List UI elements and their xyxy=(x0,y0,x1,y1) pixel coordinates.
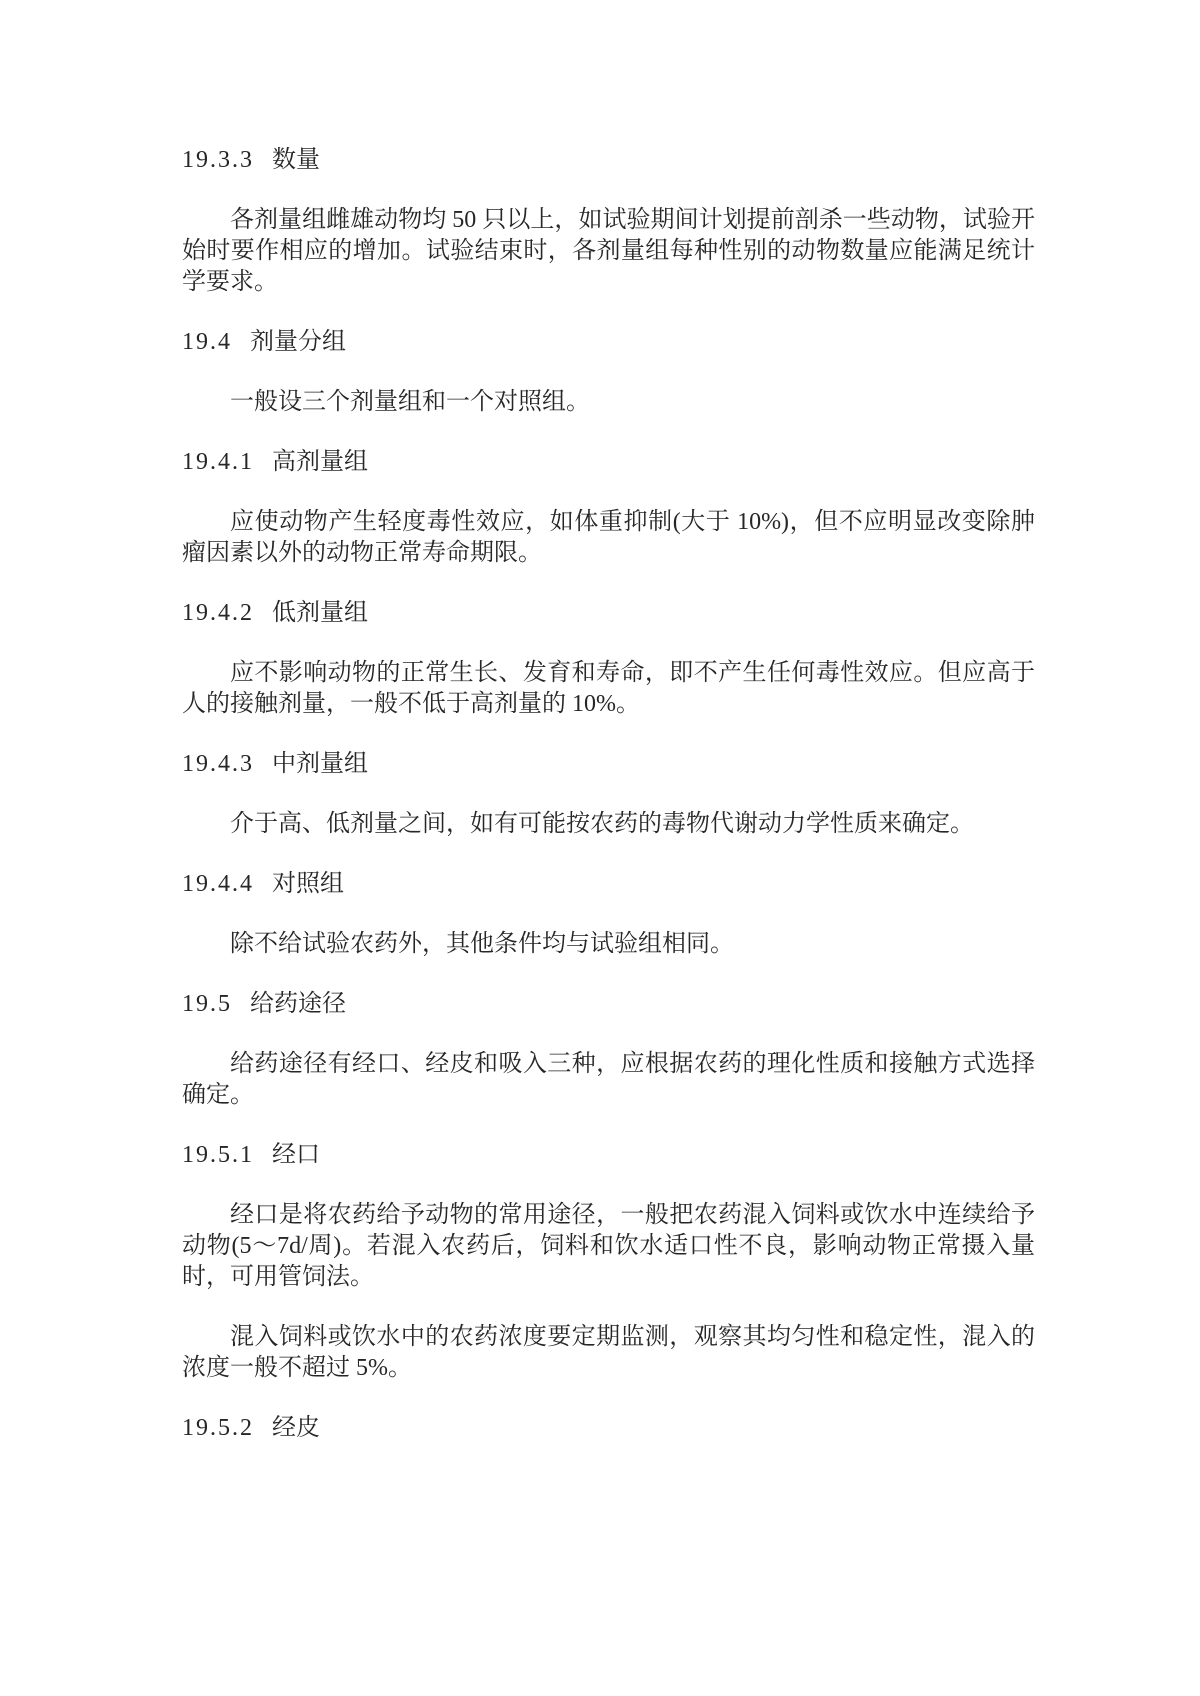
heading-19-5-1: 19.5.1经口 xyxy=(182,1140,1035,1171)
section-number: 19.3.3 xyxy=(182,147,254,173)
section-number: 19.4.2 xyxy=(182,600,254,626)
paragraph: 介于高、低剂量之间，如有可能按农药的毒物代谢动力学性质来确定。 xyxy=(182,809,1035,840)
heading-19-4-3: 19.4.3中剂量组 xyxy=(182,749,1035,780)
section-number: 19.5.1 xyxy=(182,1142,254,1168)
heading-19-5-2: 19.5.2经皮 xyxy=(182,1413,1035,1444)
section-title: 中剂量组 xyxy=(272,751,368,777)
paragraph: 各剂量组雌雄动物均 50 只以上，如试验期间计划提前剖杀一些动物，试验开始时要作… xyxy=(182,205,1035,298)
section-number: 19.5 xyxy=(182,991,232,1017)
section-title: 经皮 xyxy=(272,1415,320,1441)
document-page: 19.3.3数量 各剂量组雌雄动物均 50 只以上，如试验期间计划提前剖杀一些动… xyxy=(0,0,1200,1696)
paragraph: 一般设三个剂量组和一个对照组。 xyxy=(182,387,1035,418)
section-title: 剂量分组 xyxy=(250,329,346,355)
section-title: 低剂量组 xyxy=(272,600,368,626)
section-title: 对照组 xyxy=(272,871,344,897)
heading-19-3-3: 19.3.3数量 xyxy=(182,145,1035,176)
paragraph: 应使动物产生轻度毒性效应，如体重抑制(大于 10%)，但不应明显改变除肿瘤因素以… xyxy=(182,507,1035,569)
section-number: 19.4 xyxy=(182,329,232,355)
section-number: 19.4.4 xyxy=(182,871,254,897)
paragraph: 应不影响动物的正常生长、发育和寿命，即不产生任何毒性效应。但应高于人的接触剂量，… xyxy=(182,658,1035,720)
section-number: 19.5.2 xyxy=(182,1415,254,1441)
section-title: 数量 xyxy=(272,147,320,173)
paragraph: 除不给试验农药外，其他条件均与试验组相同。 xyxy=(182,929,1035,960)
paragraph: 给药途径有经口、经皮和吸入三种，应根据农药的理化性质和接触方式选择确定。 xyxy=(182,1049,1035,1111)
heading-19-4: 19.4剂量分组 xyxy=(182,327,1035,358)
paragraph: 混入饲料或饮水中的农药浓度要定期监测，观察其均匀性和稳定性，混入的浓度一般不超过… xyxy=(182,1322,1035,1384)
section-number: 19.4.3 xyxy=(182,751,254,777)
heading-19-5: 19.5给药途径 xyxy=(182,989,1035,1020)
heading-19-4-2: 19.4.2低剂量组 xyxy=(182,598,1035,629)
section-number: 19.4.1 xyxy=(182,449,254,475)
section-title: 高剂量组 xyxy=(272,449,368,475)
paragraph: 经口是将农药给予动物的常用途径，一般把农药混入饲料或饮水中连续给予动物(5～7d… xyxy=(182,1200,1035,1293)
heading-19-4-1: 19.4.1高剂量组 xyxy=(182,447,1035,478)
section-title: 给药途径 xyxy=(250,991,346,1017)
section-title: 经口 xyxy=(272,1142,320,1168)
heading-19-4-4: 19.4.4对照组 xyxy=(182,869,1035,900)
